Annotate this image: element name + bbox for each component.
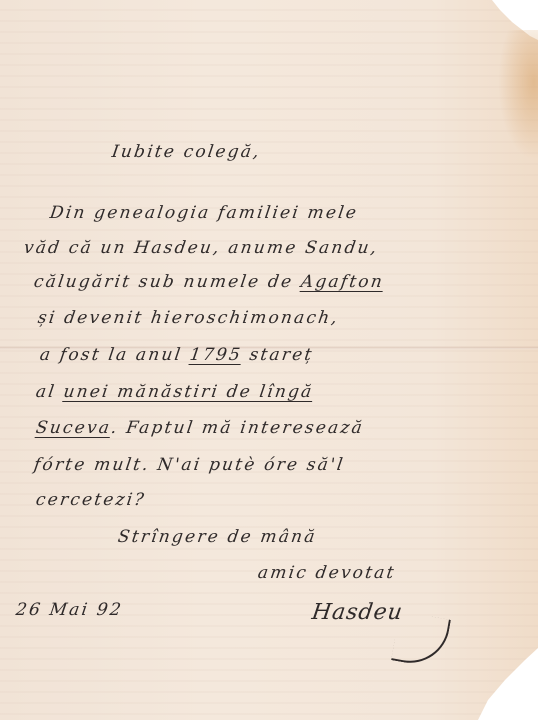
underlined-monastery: unei mănăstiri de lîngă xyxy=(62,382,315,402)
body-line-3: călugărit sub numele de Agafton xyxy=(33,272,386,292)
body-line-1: Din genealogia familiei mele xyxy=(49,203,360,223)
paper-stain xyxy=(498,30,538,160)
body-line-9: cercetezi? xyxy=(35,490,148,510)
body-line-8: fórte mult. N'ai putè óre să'l xyxy=(33,455,346,475)
underlined-suceava: Suceva xyxy=(35,418,113,438)
signature: Hasdeu xyxy=(310,600,404,625)
body-line-2: văd că un Hasdeu, anume Sandu, xyxy=(23,238,380,258)
body-line-5: a fost la anul 1795 stareț xyxy=(39,345,315,365)
salutation: Iubite colegă, xyxy=(111,142,263,162)
body-line-7: Suceva. Faptul mă interesează xyxy=(35,418,366,438)
underlined-agafton: Agafton xyxy=(300,272,386,292)
closing-greeting: Strîngere de mână xyxy=(117,527,318,547)
underlined-year: 1795 xyxy=(188,345,243,365)
body-line-6: al unei mănăstiri de lîngă xyxy=(35,382,315,402)
body-line-4: și devenit hieroschimonach, xyxy=(37,308,341,328)
closing-devotion: amic devotat xyxy=(257,563,397,583)
body-line-3-text: călugărit sub numele de xyxy=(33,272,303,292)
letter-date: 26 Mai 92 xyxy=(15,600,125,620)
